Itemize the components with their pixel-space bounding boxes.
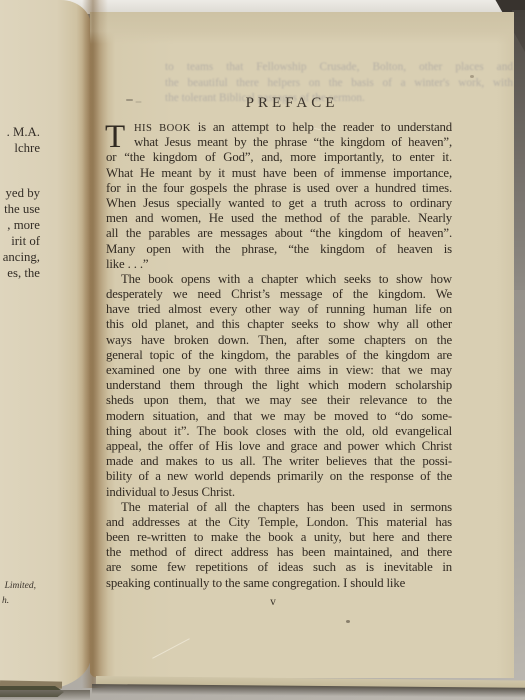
text-line: have tried almost every other way of run…: [106, 302, 452, 317]
text-line: Many open with the phrase, “the kingdom …: [106, 242, 452, 257]
left-page-text-fragment: lchre: [0, 140, 40, 156]
page-shadow: [0, 690, 90, 700]
showthrough-line: to teams that Fellowship Crusade, Bolton…: [165, 60, 513, 76]
body-text: THIS BOOK is an attempt to help the read…: [106, 120, 452, 591]
text-line: ways have broken down. Then, after some …: [106, 333, 452, 348]
paragraph: THIS BOOK is an attempt to help the read…: [106, 120, 452, 272]
left-page-text-fragment: the use: [0, 201, 40, 217]
text-line: modern situation, and that we may be mov…: [106, 409, 452, 424]
text-line: been re-written to make the book a unity…: [106, 530, 452, 545]
text-line: thing about it”. The book closes with th…: [106, 424, 452, 439]
text-line: HIS BOOK is an attempt to help the reade…: [134, 120, 452, 135]
text-line: like . . .”: [106, 257, 452, 272]
left-page-fragments: yed bythe use, moreirit ofancing,es, the: [0, 185, 40, 281]
left-page-text-fragment: es, the: [0, 265, 40, 281]
paper-speck: [470, 75, 474, 78]
imprint-text: Limited,: [0, 581, 36, 591]
paragraph: The book opens with a chapter which seek…: [106, 272, 452, 500]
text-line: sheds upon them, that we may see their r…: [106, 393, 452, 408]
text-line: The material of all the chapters has bee…: [106, 500, 452, 515]
showthrough-line: the beautiful there helpers on the basis…: [165, 76, 513, 92]
text-line: understand them through the light which …: [106, 378, 452, 393]
book-photo: to teams that Fellowship Crusade, Bolton…: [0, 0, 525, 700]
text-line: or “the kingdom of God”, and, more impor…: [106, 150, 452, 165]
text-line: examined one by one with three aims in v…: [106, 363, 452, 378]
text-line: What He meant by it must have been of im…: [106, 166, 452, 181]
paragraph: The material of all the chapters has bee…: [106, 500, 452, 591]
text-line: made and makes to us all. The writer bel…: [106, 454, 452, 469]
text-line: The book opens with a chapter which seek…: [106, 272, 452, 287]
left-page-text-fragment: ancing,: [0, 249, 40, 265]
page-top-bevel: [90, 12, 514, 44]
gutter-shadow: [82, 0, 108, 688]
imprint-text: h.: [2, 596, 9, 606]
text-line: general topic of the kingdom, the parabl…: [106, 348, 452, 363]
text-line: individual to Jesus Christ.: [106, 485, 452, 500]
paper-speck: [346, 620, 350, 623]
left-page-text-fragment: yed by: [0, 185, 40, 201]
left-page-text-fragment: irit of: [0, 233, 40, 249]
text-line: are some few repetitions of ideas such a…: [106, 560, 452, 575]
text-line: all the parables are messages about “the…: [106, 226, 452, 241]
text-line: appeal, the offer of His love and grace …: [106, 439, 452, 454]
page-number: v: [106, 596, 441, 608]
text-line: bility of a new world depends primarily …: [106, 469, 452, 484]
left-page-text-fragment: , more: [0, 217, 40, 233]
text-line: for in the four gospels the phrase is us…: [106, 181, 452, 196]
text-line: this old planet, and this chapter seeks …: [106, 317, 452, 332]
left-page-fragments: . M.A.lchre: [0, 124, 40, 156]
left-page-text-fragment: . M.A.: [0, 124, 40, 140]
preface-heading: PREFACE: [119, 95, 465, 112]
text-line: the method of direct address has been ma…: [106, 545, 452, 560]
text-line: desperately we need Christ’s message of …: [106, 287, 452, 302]
text-line: speaking continually to the same congreg…: [106, 576, 452, 591]
text-line: what Jesus meant by the phrase “the king…: [134, 135, 452, 150]
dropcap-letter: T: [105, 122, 125, 152]
text-line: When Jesus specially wanted to get a tru…: [106, 196, 452, 211]
text-line: and addresses at the City Temple, London…: [106, 515, 452, 530]
text-line: men and women, He used the method of the…: [106, 211, 452, 226]
small-caps-lead: HIS BOOK: [134, 123, 191, 134]
